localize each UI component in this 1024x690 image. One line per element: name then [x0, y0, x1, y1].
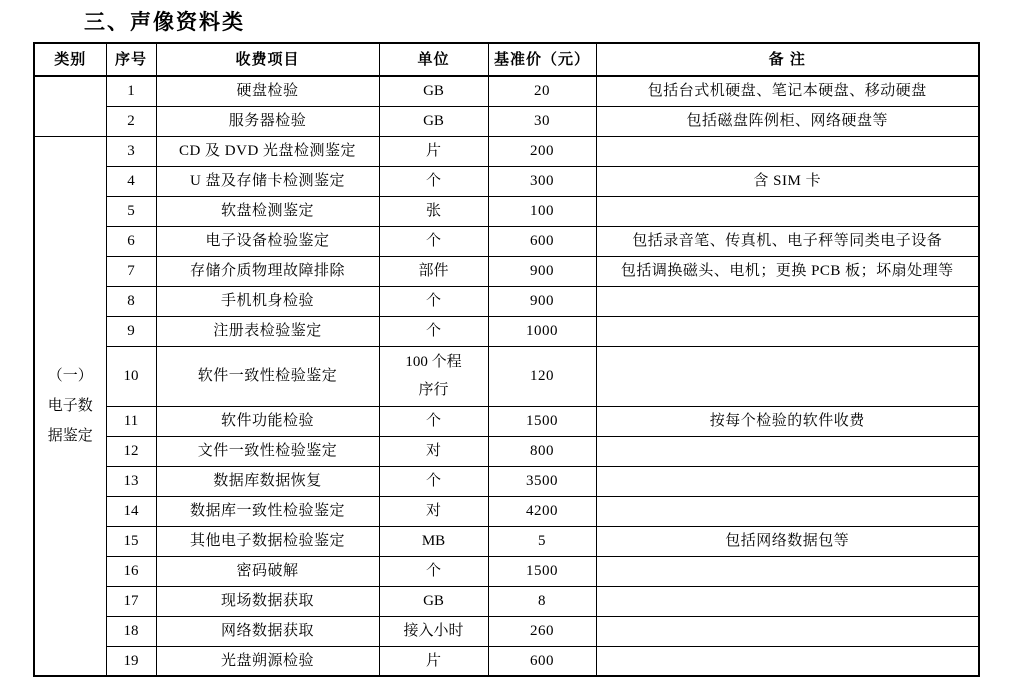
note-cell	[596, 286, 979, 316]
item-cell: U 盘及存储卡检测鉴定	[156, 166, 379, 196]
table-row: 7存储介质物理故障排除部件900包括调换磁头、电机；更换 PCB 板；坏扇处理等	[34, 256, 979, 286]
table-row: 4U 盘及存储卡检测鉴定个300含 SIM 卡	[34, 166, 979, 196]
unit-text: 对	[426, 497, 441, 525]
header-cell: 类别	[34, 43, 106, 76]
section-title: 三、声像资料类	[84, 6, 245, 36]
note-cell	[596, 136, 979, 166]
price-cell: 200	[488, 136, 596, 166]
item-cell: 网络数据获取	[156, 616, 379, 646]
fee-table: 类别序号收费项目单位基准价（元）备 注 1硬盘检验GB20包括台式机硬盘、笔记本…	[33, 42, 980, 677]
note-cell	[596, 556, 979, 586]
header-cell: 收费项目	[156, 43, 379, 76]
unit-text: 个	[426, 317, 441, 345]
item-cell: 其他电子数据检验鉴定	[156, 526, 379, 556]
item-cell: 光盘朔源检验	[156, 646, 379, 676]
unit-text: 个	[426, 467, 441, 495]
table-row: 8手机机身检验个900	[34, 286, 979, 316]
table-row: 5软盘检测鉴定张100	[34, 196, 979, 226]
unit-cell: 个	[379, 316, 488, 346]
price-cell: 1000	[488, 316, 596, 346]
item-cell: 软件功能检验	[156, 406, 379, 436]
price-cell: 600	[488, 226, 596, 256]
serial-cell: 7	[106, 256, 156, 286]
serial-cell: 2	[106, 106, 156, 136]
table-row: 10软件一致性检验鉴定100 个程序行120	[34, 346, 979, 406]
price-cell: 3500	[488, 466, 596, 496]
item-cell: 存储介质物理故障排除	[156, 256, 379, 286]
unit-text: 张	[426, 197, 441, 225]
table-header: 类别序号收费项目单位基准价（元）备 注	[34, 43, 979, 76]
table-row: 2服务器检验GB30包括磁盘阵例柜、网络硬盘等	[34, 106, 979, 136]
unit-text: 接入小时	[403, 617, 463, 645]
note-cell: 包括磁盘阵例柜、网络硬盘等	[596, 106, 979, 136]
unit-text: 对	[426, 437, 441, 465]
note-cell	[596, 316, 979, 346]
unit-cell: 片	[379, 136, 488, 166]
table-row: 13数据库数据恢复个3500	[34, 466, 979, 496]
price-cell: 5	[488, 526, 596, 556]
category-label: （一）电子数据鉴定	[43, 361, 97, 451]
unit-text: GB	[423, 587, 444, 615]
unit-cell: GB	[379, 586, 488, 616]
serial-cell: 4	[106, 166, 156, 196]
unit-text: GB	[423, 107, 444, 135]
unit-cell: 接入小时	[379, 616, 488, 646]
category-cell: （一）电子数据鉴定	[34, 136, 106, 676]
unit-text: GB	[423, 77, 444, 105]
table-row: 11软件功能检验个1500按每个检验的软件收费	[34, 406, 979, 436]
unit-cell: 对	[379, 496, 488, 526]
serial-cell: 9	[106, 316, 156, 346]
unit-cell: 个	[379, 406, 488, 436]
note-cell	[596, 346, 979, 406]
item-cell: 软件一致性检验鉴定	[156, 346, 379, 406]
unit-cell: 张	[379, 196, 488, 226]
price-cell: 30	[488, 106, 596, 136]
unit-cell: MB	[379, 526, 488, 556]
unit-cell: 部件	[379, 256, 488, 286]
unit-cell: 个	[379, 226, 488, 256]
category-cell	[34, 76, 106, 136]
table-row: 14数据库一致性检验鉴定对4200	[34, 496, 979, 526]
price-cell: 900	[488, 256, 596, 286]
table-row: 19光盘朔源检验片600	[34, 646, 979, 676]
note-cell	[596, 586, 979, 616]
serial-cell: 6	[106, 226, 156, 256]
price-cell: 1500	[488, 556, 596, 586]
unit-cell: 片	[379, 646, 488, 676]
table-row: 16密码破解个1500	[34, 556, 979, 586]
note-cell: 包括录音笔、传真机、电子秤等同类电子设备	[596, 226, 979, 256]
price-cell: 4200	[488, 496, 596, 526]
table-row: 1硬盘检验GB20包括台式机硬盘、笔记本硬盘、移动硬盘	[34, 76, 979, 106]
unit-cell: GB	[379, 76, 488, 106]
table-header-row: 类别序号收费项目单位基准价（元）备 注	[34, 43, 979, 76]
unit-text: 个	[426, 167, 441, 195]
serial-cell: 12	[106, 436, 156, 466]
item-cell: 注册表检验鉴定	[156, 316, 379, 346]
price-cell: 900	[488, 286, 596, 316]
unit-cell: 个	[379, 556, 488, 586]
header-cell: 单位	[379, 43, 488, 76]
serial-cell: 5	[106, 196, 156, 226]
unit-text: 片	[426, 647, 441, 675]
note-cell	[596, 496, 979, 526]
unit-text: 片	[426, 137, 441, 165]
item-cell: 现场数据获取	[156, 586, 379, 616]
item-cell: 数据库一致性检验鉴定	[156, 496, 379, 526]
unit-cell: 100 个程序行	[379, 346, 488, 406]
price-cell: 8	[488, 586, 596, 616]
note-cell	[596, 196, 979, 226]
unit-text: MB	[422, 527, 445, 555]
serial-cell: 8	[106, 286, 156, 316]
serial-cell: 13	[106, 466, 156, 496]
price-cell: 1500	[488, 406, 596, 436]
note-cell: 包括调换磁头、电机；更换 PCB 板；坏扇处理等	[596, 256, 979, 286]
serial-cell: 18	[106, 616, 156, 646]
table-row: （一）电子数据鉴定3CD 及 DVD 光盘检测鉴定片200	[34, 136, 979, 166]
header-cell: 序号	[106, 43, 156, 76]
serial-cell: 19	[106, 646, 156, 676]
table-body: 1硬盘检验GB20包括台式机硬盘、笔记本硬盘、移动硬盘2服务器检验GB30包括磁…	[34, 76, 979, 676]
item-cell: 服务器检验	[156, 106, 379, 136]
note-cell: 按每个检验的软件收费	[596, 406, 979, 436]
unit-cell: GB	[379, 106, 488, 136]
item-cell: 电子设备检验鉴定	[156, 226, 379, 256]
unit-cell: 个	[379, 466, 488, 496]
item-cell: CD 及 DVD 光盘检测鉴定	[156, 136, 379, 166]
serial-cell: 10	[106, 346, 156, 406]
note-cell	[596, 466, 979, 496]
item-cell: 硬盘检验	[156, 76, 379, 106]
header-cell: 备 注	[596, 43, 979, 76]
price-cell: 120	[488, 346, 596, 406]
note-cell: 包括台式机硬盘、笔记本硬盘、移动硬盘	[596, 76, 979, 106]
price-cell: 300	[488, 166, 596, 196]
unit-text: 部件	[418, 257, 448, 285]
table-row: 15其他电子数据检验鉴定MB5包括网络数据包等	[34, 526, 979, 556]
table-row: 12文件一致性检验鉴定对800	[34, 436, 979, 466]
note-cell	[596, 436, 979, 466]
unit-text: 个	[426, 557, 441, 585]
table-row: 6电子设备检验鉴定个600包括录音笔、传真机、电子秤等同类电子设备	[34, 226, 979, 256]
unit-cell: 个	[379, 286, 488, 316]
note-cell: 含 SIM 卡	[596, 166, 979, 196]
price-cell: 600	[488, 646, 596, 676]
item-cell: 数据库数据恢复	[156, 466, 379, 496]
price-cell: 800	[488, 436, 596, 466]
serial-cell: 16	[106, 556, 156, 586]
table-row: 17现场数据获取GB8	[34, 586, 979, 616]
item-cell: 文件一致性检验鉴定	[156, 436, 379, 466]
note-cell	[596, 616, 979, 646]
serial-cell: 14	[106, 496, 156, 526]
item-cell: 软盘检测鉴定	[156, 196, 379, 226]
price-cell: 100	[488, 196, 596, 226]
serial-cell: 1	[106, 76, 156, 106]
unit-text: 100 个程序行	[402, 348, 466, 404]
price-cell: 260	[488, 616, 596, 646]
unit-cell: 对	[379, 436, 488, 466]
note-cell: 包括网络数据包等	[596, 526, 979, 556]
note-cell	[596, 646, 979, 676]
serial-cell: 15	[106, 526, 156, 556]
table-row: 9注册表检验鉴定个1000	[34, 316, 979, 346]
document-page: 三、声像资料类 类别序号收费项目单位基准价（元）备 注 1硬盘检验GB20包括台…	[0, 0, 1024, 690]
unit-text: 个	[426, 287, 441, 315]
serial-cell: 3	[106, 136, 156, 166]
unit-cell: 个	[379, 166, 488, 196]
serial-cell: 11	[106, 406, 156, 436]
item-cell: 密码破解	[156, 556, 379, 586]
serial-cell: 17	[106, 586, 156, 616]
header-cell: 基准价（元）	[488, 43, 596, 76]
unit-text: 个	[426, 407, 441, 435]
table-row: 18网络数据获取接入小时260	[34, 616, 979, 646]
unit-text: 个	[426, 227, 441, 255]
price-cell: 20	[488, 76, 596, 106]
item-cell: 手机机身检验	[156, 286, 379, 316]
